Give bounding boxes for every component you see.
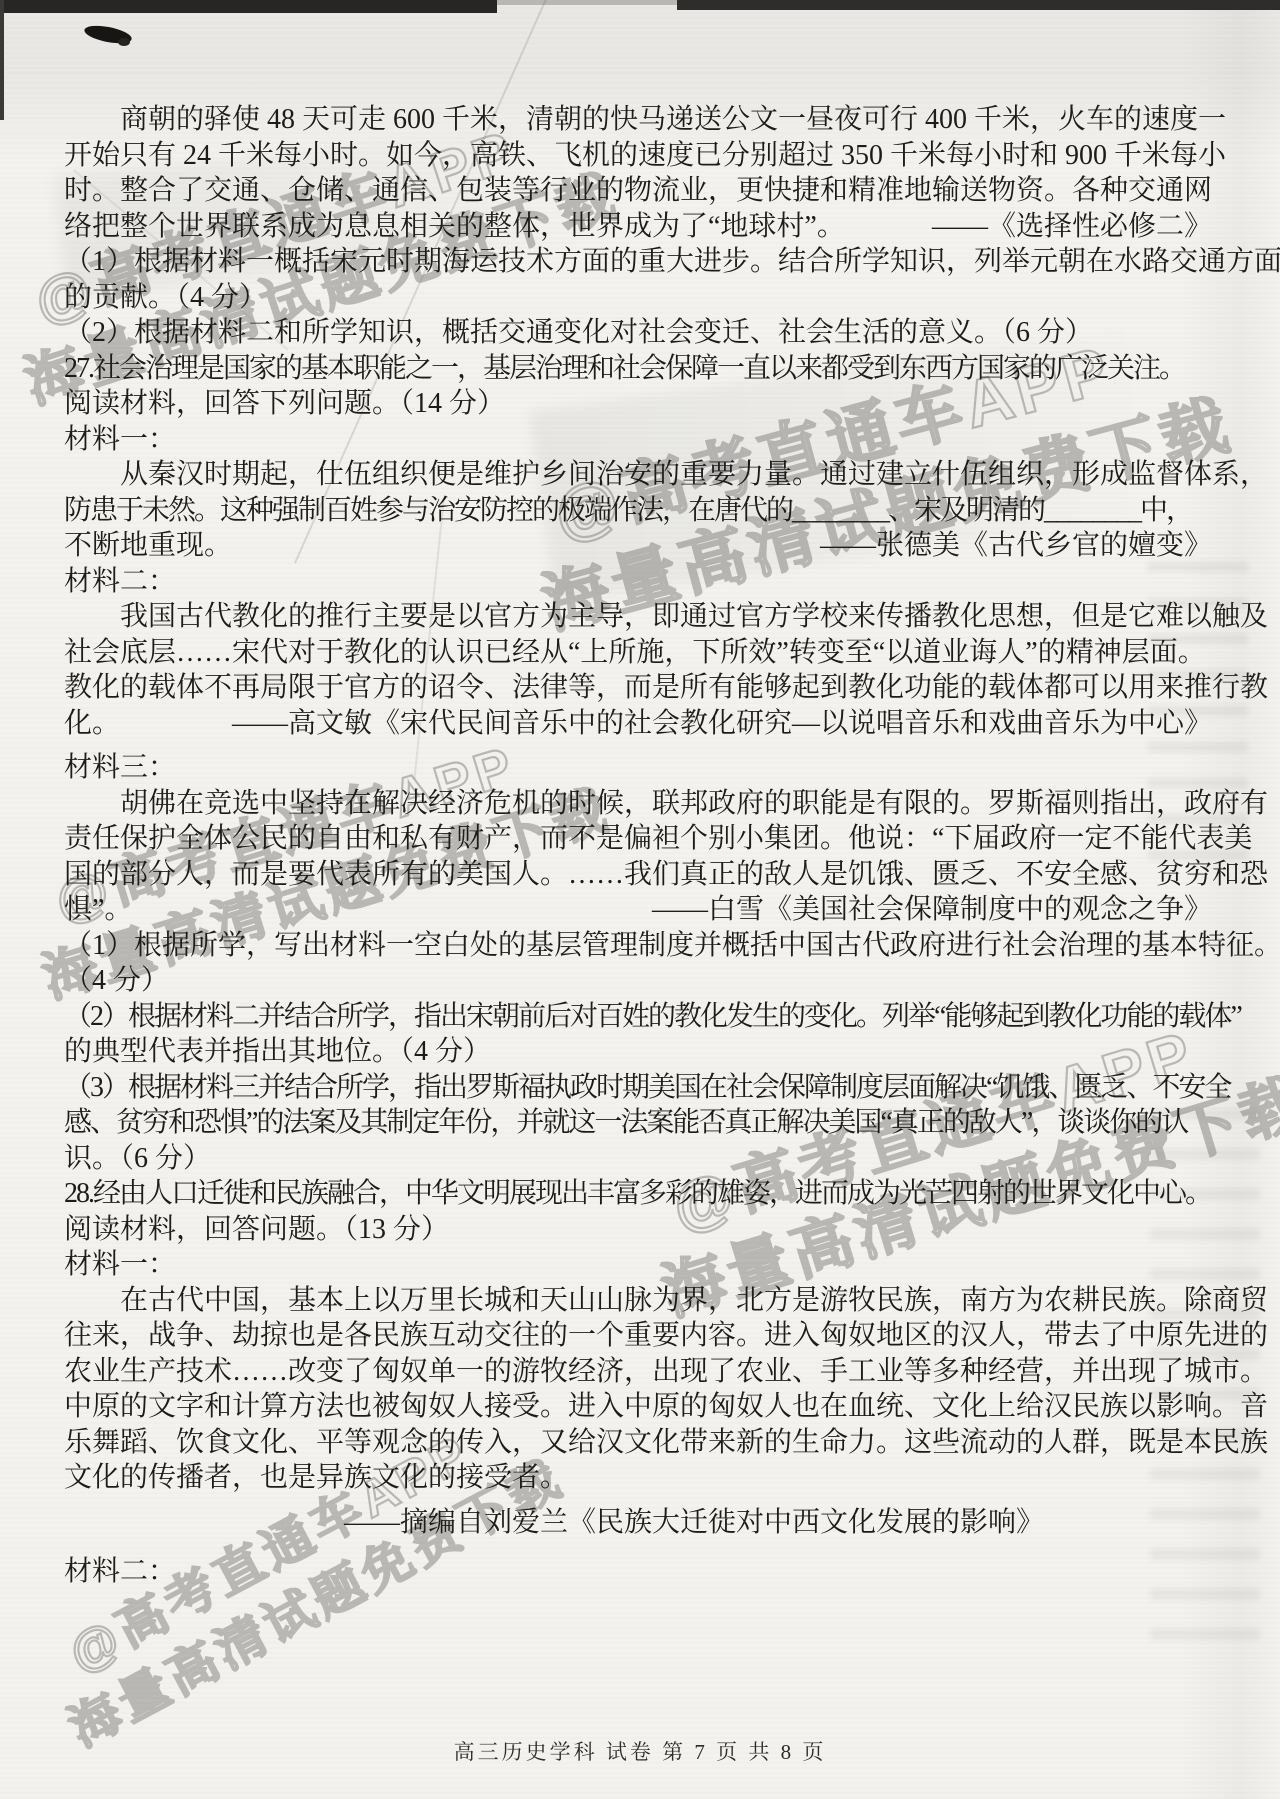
paragraph-line-with-attribution: 络把整个世界联系成为息息相关的整体，世界成为了“地球村”。 ——《选择性必修二》 <box>64 209 1212 245</box>
paragraph-text: 化。 <box>64 706 120 742</box>
question-line: 的典型代表并指出其地位。（4 分） <box>64 1034 1212 1070</box>
paragraph-line-with-attribution: 化。 ——高文敏《宋代民间音乐中的社会教化研究—以说唱音乐和戏曲音乐为中心》 <box>64 706 1212 742</box>
ink-smudge <box>118 38 130 46</box>
paragraph-line: 中原的文字和计算方法也被匈奴人接受。进入中原的匈奴人也在血统、文化上给汉民族以影… <box>64 1389 1212 1425</box>
paragraph-line: 教化的载体不再局限于官方的诏令、法律等，而是所有能够起到教化功能的载体都可以用来… <box>64 670 1212 706</box>
paragraph-line: 乐舞蹈、饮食文化、平等观念的传入，又给汉文化带来新的生命力。这些流动的人群，既是… <box>64 1425 1212 1461</box>
paragraph-line: 农业生产技术……改变了匈奴单一的游牧经济，出现了农业、手工业等多种经营，并出现了… <box>64 1354 1212 1390</box>
paragraph-line: 开始只有 24 千米每小时。如今，高铁、飞机的速度已分别超过 350 千米每小时… <box>64 138 1212 174</box>
paragraph-line: 责任保护全体公民的自由和私有财产，而不是偏袒个别小集团。他说：“下届政府一定不能… <box>64 821 1212 857</box>
scan-left-edge-shadow <box>0 0 4 120</box>
material-label: 材料一： <box>64 422 1212 458</box>
question-line: （2）根据材料二和所学知识，概括交通变化对社会变迁、社会生活的意义。（6 分） <box>64 315 1212 351</box>
material-label: 材料二： <box>64 564 1212 600</box>
question-line: 27.社会治理是国家的基本职能之一，基层治理和社会保障一直以来都受到东西方国家的… <box>64 351 1212 387</box>
question-line: （2）根据材料二并结合所学，指出宋朝前后对百姓的教化发生的变化。列举“能够起到教… <box>64 999 1212 1035</box>
paragraph-text: 惧”。 <box>64 892 132 928</box>
material-label: 材料二： <box>64 1554 1212 1590</box>
ink-smudge <box>83 23 133 47</box>
question-line: 识。（6 分） <box>64 1141 1212 1177</box>
paragraph-line-with-attribution: 不断地重现。 ——张德美《古代乡官的嬗变》 <box>64 528 1212 564</box>
source-attribution: ——摘编自刘爱兰《民族大迁徙对中西文化发展的影响》 <box>64 1505 1212 1541</box>
page-footer: 高三历史学科 试卷 第 7 页 共 8 页 <box>0 1736 1280 1766</box>
question-line: （1）根据材料一概括宋元时期海运技术方面的重大进步。结合所学知识，列举元朝在水路… <box>64 244 1212 280</box>
paragraph-line: 在古代中国，基本上以万里长城和天山山脉为界，北方是游牧民族，南方为农耕民族。除商… <box>64 1283 1212 1319</box>
paragraph-line-with-blanks: 防患于未然。这种强制百姓参与治安防控的极端作法，在唐代的________、宋及明… <box>64 493 1212 529</box>
scanned-exam-page: @高考直通车APP 海量高清试题免费下载 @高考直通车APP 海量高清试题免费下… <box>0 0 1280 1799</box>
question-line: 28.经由人口迁徙和民族融合，中华文明展现出丰富多彩的雄姿，进而成为光芒四射的世… <box>64 1176 1212 1212</box>
source-attribution: ——张德美《古代乡官的嬗变》 <box>820 528 1212 564</box>
question-line: 感、贫穷和恐惧”的法案及其制定年份，并就这一法案能否真正解决美国“真正的敌人”，… <box>64 1105 1212 1141</box>
question-line: 阅读材料，回答下列问题。（14 分） <box>64 386 1212 422</box>
paragraph-text: 不断地重现。 <box>64 528 232 564</box>
scan-top-edge-gap <box>497 0 677 5</box>
paragraph-line: 商朝的驿使 48 天可走 600 千米，清朝的快马递送公文一昼夜可行 400 千… <box>64 102 1212 138</box>
paragraph-text: 络把整个世界联系成为息息相关的整体，世界成为了“地球村”。 <box>64 209 845 245</box>
source-attribution: ——《选择性必修二》 <box>932 209 1212 245</box>
exam-text-block: 商朝的驿使 48 天可走 600 千米，清朝的快马递送公文一昼夜可行 400 千… <box>64 102 1212 1590</box>
question-line: （4 分） <box>64 963 1212 999</box>
question-line: （1）根据所学，写出材料一空白处的基层管理制度并概括中国古代政府进行社会治理的基… <box>64 928 1212 964</box>
material-label: 材料三： <box>64 750 1212 786</box>
paragraph-line: 胡佛在竞选中坚持在解决经济危机的时候，联邦政府的职能是有限的。罗斯福则指出，政府… <box>64 786 1212 822</box>
scan-top-edge-shadow <box>0 0 497 13</box>
paragraph-line: 从秦汉时期起，仕伍组织便是维护乡间治安的重要力量。通过建立什伍组织，形成监督体系… <box>64 457 1212 493</box>
paragraph-line: 国的部分人，而是要代表所有的美国人。……我们真正的敌人是饥饿、匮乏、不安全感、贫… <box>64 857 1212 893</box>
scan-top-edge-shadow <box>677 0 1280 10</box>
paragraph-line: 我国古代教化的推行主要是以官方为主导，即通过官方学校来传播教化思想，但是它难以触… <box>64 599 1212 635</box>
source-attribution: ——白雪《美国社会保障制度中的观念之争》 <box>652 892 1212 928</box>
source-attribution: ——高文敏《宋代民间音乐中的社会教化研究—以说唱音乐和戏曲音乐为中心》 <box>232 706 1212 742</box>
question-line: （3）根据材料三并结合所学，指出罗斯福执政时期美国在社会保障制度层面解决“饥饿、… <box>64 1070 1212 1106</box>
material-label: 材料一： <box>64 1247 1212 1283</box>
paragraph-line-with-attribution: 惧”。 ——白雪《美国社会保障制度中的观念之争》 <box>64 892 1212 928</box>
paragraph-line: 往来，战争、劫掠也是各民族互动交往的一个重要内容。进入匈奴地区的汉人，带去了中原… <box>64 1318 1212 1354</box>
paragraph-line: 社会底层……宋代对于教化的认识已经从“上所施，下所效”转变至“以道业诲人”的精神… <box>64 635 1212 671</box>
paragraph-line: 文化的传播者，也是异族文化的接受者。 <box>64 1460 1212 1496</box>
paragraph-line: 时。整合了交通、仓储、通信、包装等行业的物流业，更快捷和精准地输送物资。各种交通… <box>64 173 1212 209</box>
question-line: 的贡献。（4 分） <box>64 280 1212 316</box>
question-line: 阅读材料，回答问题。（13 分） <box>64 1212 1212 1248</box>
